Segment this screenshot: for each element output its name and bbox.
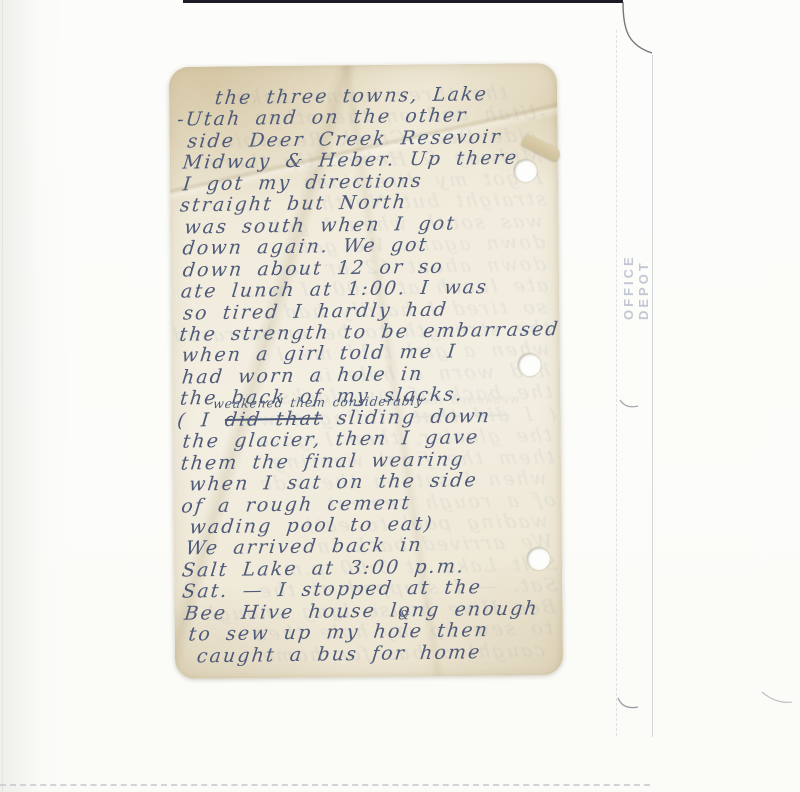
handwriting-segment: ( I (176, 409, 226, 432)
office-depot-watermark: OFFICE DEPOT (621, 195, 651, 320)
handwriting-line: caught a bus for home (196, 641, 483, 667)
handwriting-line: when I sat on the side (188, 469, 479, 495)
letter-page: the three towns, Lake-Utah and on the ot… (169, 63, 563, 679)
punch-hole (514, 159, 537, 182)
punch-hole (518, 353, 541, 376)
inserted-words: weakened them considerably (212, 393, 424, 411)
punch-hole (527, 547, 550, 570)
handwriting-segment: then (436, 619, 490, 642)
inserted-words: & (398, 607, 412, 622)
handwriting-text: the three towns, Lake-Utah and on the ot… (169, 63, 563, 679)
